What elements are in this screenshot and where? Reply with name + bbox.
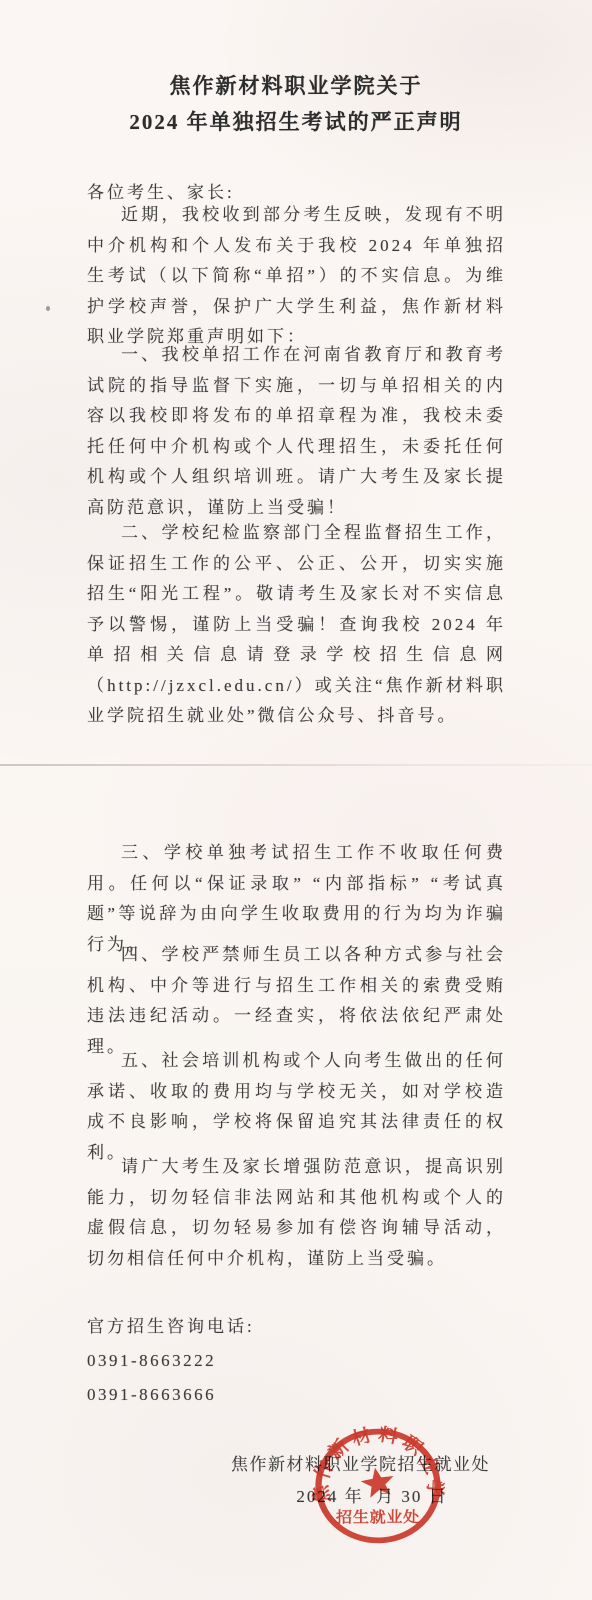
official-seal: 焦作新材料职业学院 招生就业处 [308,1422,448,1550]
paragraph-intro: 近期，我校收到部分考生反映，发现有不明中介机构和个人发布关于我校 2024 年单… [87,200,506,353]
document-title-line2: 2024 年单独招生考试的严正声明 [0,106,592,136]
contact-phone-label: 官方招生咨询电话: [87,1312,506,1343]
contact-phone-2: 0391-8663666 [87,1380,506,1411]
seal-bottom-text: 招生就业处 [335,1508,420,1526]
contact-phone-1: 0391-8663222 [87,1346,506,1377]
paragraph-item4: 四、学校严禁师生员工以各种方式参与社会机构、中介等进行与招生工作相关的索费受贿违… [87,940,506,1062]
star-icon [359,1465,397,1499]
paragraph-item2: 二、学校纪检监察部门全程监督招生工作，保证招生工作的公平、公正、公开，切实实施招… [87,518,506,732]
paragraph-item5: 五、社会培训机构或个人向考生做出的任何承诺、收取的费用均与学校无关，如对学校造成… [87,1046,506,1168]
scanned-document: { "document": { "title_line1": "焦作新材料职业学… [0,0,592,1600]
paragraph-closing: 请广大考生及家长增强防范意识，提高识别能力，切勿轻信非法网站和其他机构或个人的虚… [87,1152,506,1274]
paragraph-item1: 一、我校单招工作在河南省教育厅和教育考试院的指导监督下实施，一切与单招相关的内容… [87,340,506,523]
document-title-line1: 焦作新材料职业学院关于 [0,70,592,100]
page-divider [0,764,592,766]
scan-speck [46,306,50,311]
